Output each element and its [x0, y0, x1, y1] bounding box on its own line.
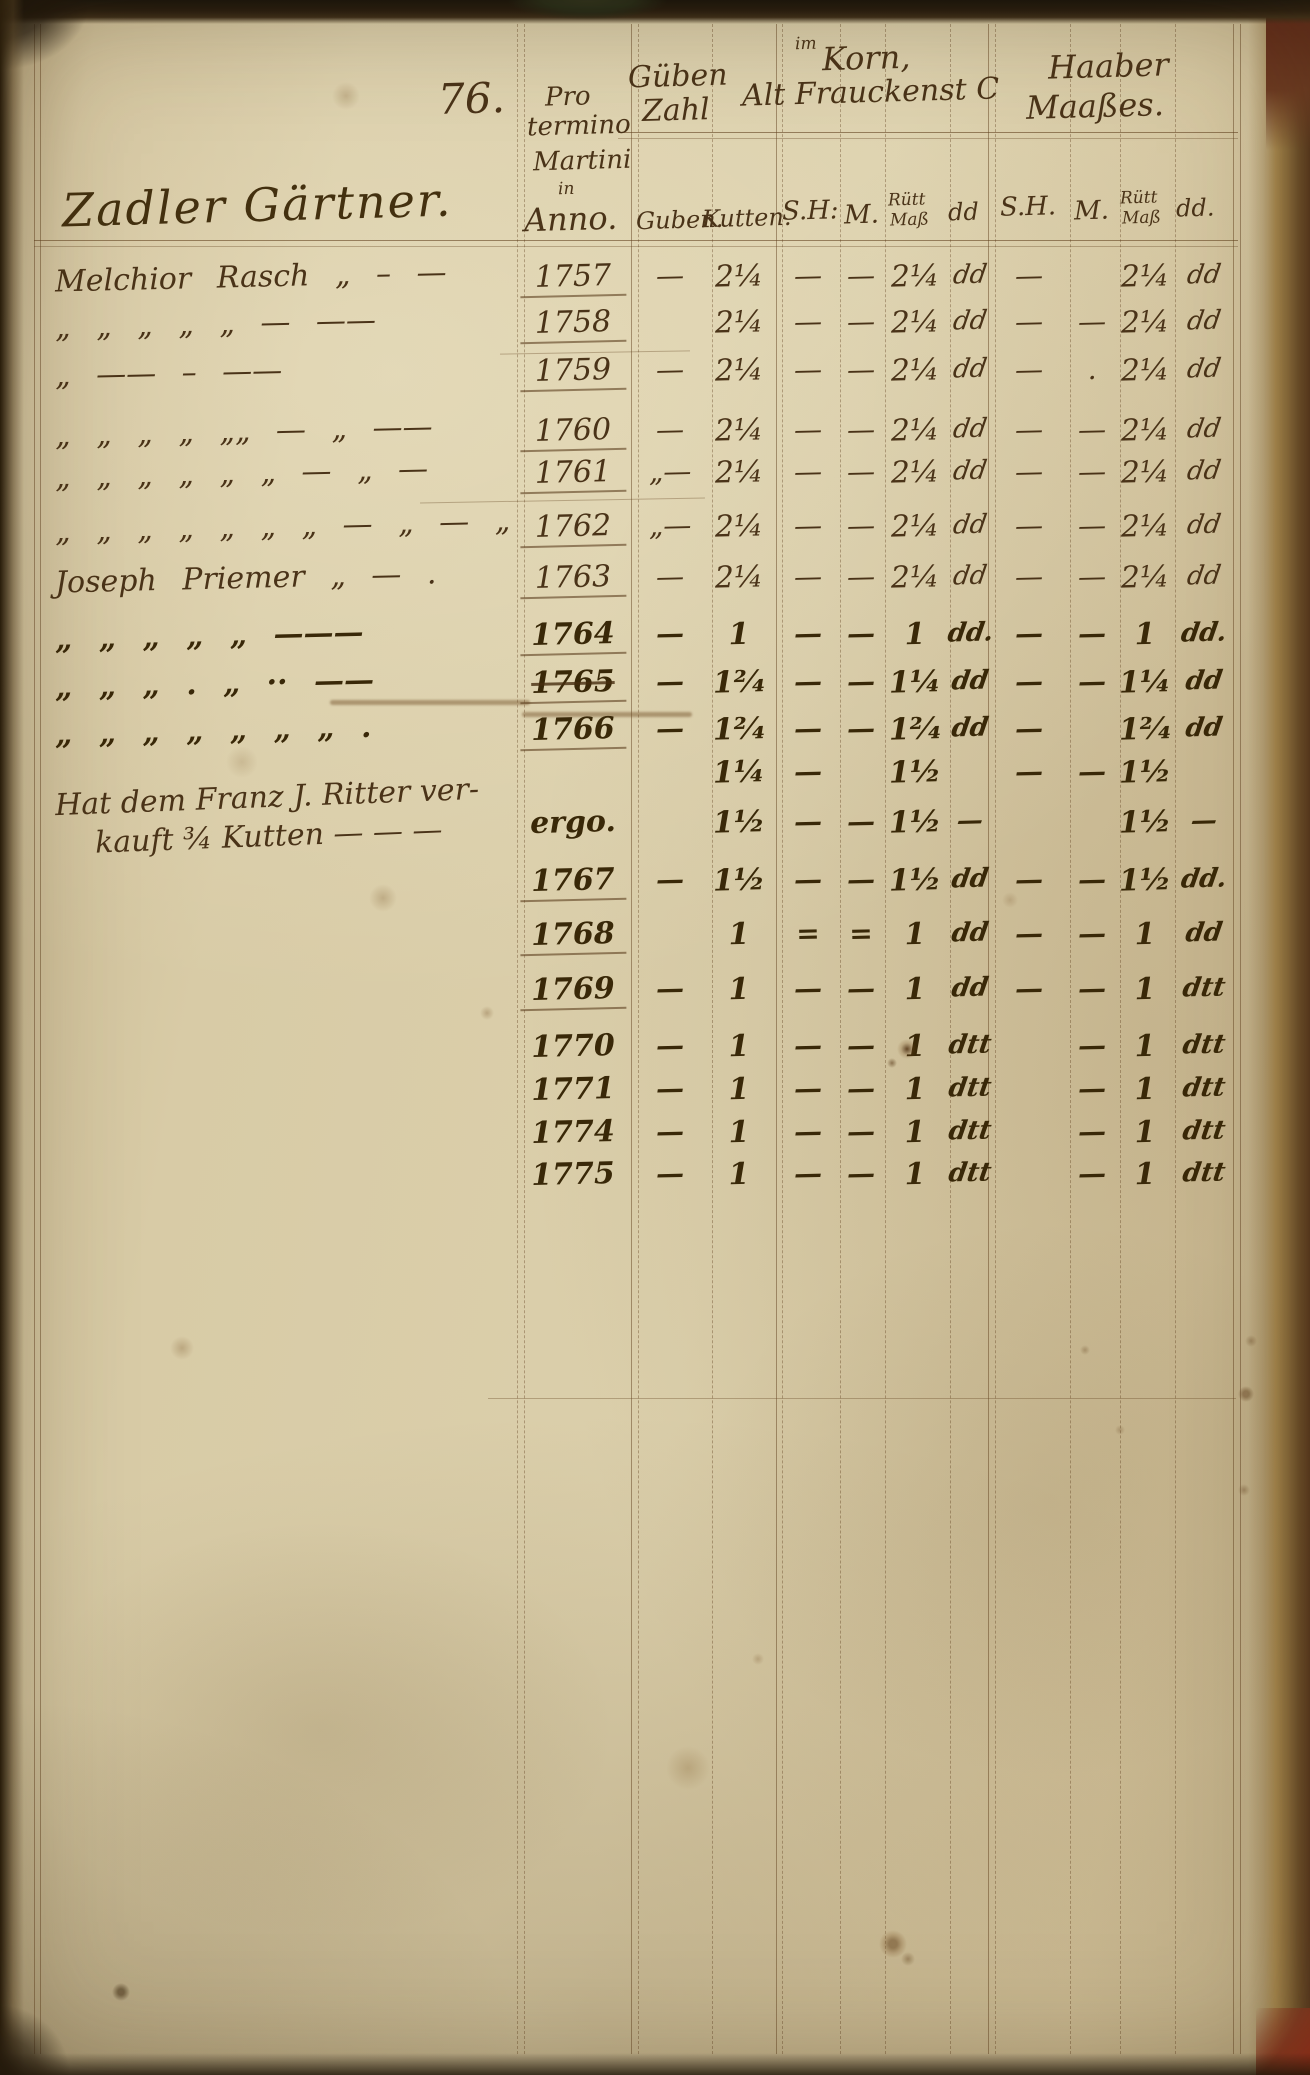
cell-korn-ruettmass: 2¼	[880, 261, 951, 293]
cell-korn-sh: —	[778, 807, 839, 836]
cell-gruben: —	[635, 619, 706, 649]
anno-col-label-pro: Pro	[545, 83, 591, 110]
cell-korn-ditto	[948, 757, 992, 758]
group-underline	[618, 132, 1238, 133]
cell-year	[520, 757, 626, 760]
table-row: 1767 — 1½ — — 1½ dd — — 1½ dd.	[0, 866, 1310, 906]
cell-year: 1757	[520, 261, 627, 299]
table-row: „ „ „ „ „ „ — „ — 1761 „— 2¼ — — 2¼ dd —…	[0, 458, 1310, 498]
cell-haber-m: —	[1066, 415, 1119, 444]
table-row: 1775 — 1 — — 1 dtt — 1 dtt	[0, 1160, 1310, 1200]
cell-korn-ruettmass: 1½	[880, 757, 951, 789]
page-title: Zadler Gärtner.	[61, 177, 453, 234]
faint-divider	[488, 1398, 1236, 1399]
table-row: „ „ „ „ „ „ „ . 1766 — 1²⁄₄ — — 1²⁄₄ dd …	[0, 715, 1310, 755]
subcol-header-kutten: Kutten.	[702, 205, 792, 231]
cell-name: „ —— – ——	[55, 350, 511, 391]
book-edge-bottom	[0, 2053, 1310, 2075]
cell-haber-sh	[990, 1159, 1068, 1161]
cell-haber-ruettmass: 2¼	[1114, 355, 1177, 387]
subcol-header-haber-sh: S.H.	[1000, 193, 1057, 221]
subcol-header-korn-sh: S.H:	[782, 197, 839, 225]
cell-haber-sh: —	[990, 919, 1069, 949]
cell-year: 1769	[520, 974, 627, 1012]
cell-korn-ruettmass: 1	[880, 919, 951, 951]
cell-haber-ruettmass: 1½	[1114, 865, 1177, 897]
cell-name: Joseph Priemer „ — .	[55, 557, 511, 598]
cell-haber-ditto: dd	[1172, 919, 1236, 947]
cell-gruben: —	[635, 1159, 706, 1189]
cell-haber-m: —	[1066, 619, 1119, 648]
cell-korn-sh: —	[778, 1074, 839, 1103]
cell-haber-sh: —	[990, 714, 1069, 744]
cell-korn-ditto: dd	[946, 457, 994, 484]
cell-kutten: 1	[703, 619, 776, 651]
table-row: „ —— – —— 1759 — 2¼ — — 2¼ dd — . 2¼ dd	[0, 356, 1310, 396]
cell-gruben: —	[635, 1117, 706, 1147]
cell-haber-ditto: dd	[1172, 667, 1236, 695]
cell-haber-m: —	[1066, 667, 1119, 696]
cell-name	[55, 969, 510, 980]
header-rule	[34, 240, 1238, 241]
cell-korn-sh: —	[778, 865, 839, 894]
cell-haber-ditto: dd	[1172, 261, 1236, 289]
cell-korn-m: —	[838, 974, 885, 1003]
cell-korn-m: —	[838, 307, 885, 336]
cell-korn-ditto: dtt	[946, 1074, 994, 1101]
anno-col-label-in: in	[558, 181, 575, 198]
anno-col-label-anno: Anno.	[524, 202, 618, 237]
table-row: 1770 — 1 — — 1 dtt — 1 dtt	[0, 1032, 1310, 1072]
cell-name	[55, 1026, 510, 1037]
cell-korn-ditto: dd	[946, 974, 994, 1001]
cell-year: 1761	[520, 457, 627, 495]
cell-haber-ruettmass: 1½	[1114, 807, 1177, 839]
cell-kutten: 2¼	[703, 562, 776, 594]
cell-year: 1759	[520, 355, 627, 393]
cell-kutten: 1½	[703, 807, 776, 839]
cell-korn-ruettmass: 2¼	[880, 511, 951, 543]
cell-korn-ditto: dd	[946, 307, 994, 334]
subcol-header-korn-m: M.	[844, 202, 880, 229]
cell-name	[55, 860, 510, 871]
cell-haber-sh: —	[990, 511, 1069, 541]
cell-korn-ruettmass: 1²⁄₄	[880, 714, 951, 746]
cell-haber-m	[1066, 807, 1118, 808]
cell-kutten: 1²⁄₄	[703, 667, 776, 699]
cell-kutten: 1	[703, 1031, 776, 1063]
table-row: „ „ „ „ „„ — „ —— 1760 — 2¼ — — 2¼ dd — …	[0, 416, 1310, 456]
cell-korn-ditto: dd	[946, 415, 994, 442]
cell-year: 1767	[520, 865, 627, 903]
cell-gruben: —	[635, 415, 706, 445]
cell-korn-ruettmass: 2¼	[880, 355, 951, 387]
cell-gruben	[635, 757, 705, 759]
cell-year: 1771	[520, 1074, 627, 1107]
cell-korn-ruettmass: 2¼	[880, 457, 951, 489]
leader-stroke	[420, 498, 705, 504]
cell-year: 1764	[520, 619, 627, 657]
cell-haber-ruettmass: 2¼	[1114, 511, 1177, 543]
table-row: „ „ „ „ „ ——— 1764 — 1 — — 1 dd. — — 1 d…	[0, 620, 1310, 660]
cell-haber-ruettmass: 2¼	[1114, 307, 1177, 339]
cell-gruben	[635, 919, 705, 921]
cell-kutten: 2¼	[703, 457, 776, 489]
cell-korn-sh: —	[778, 1117, 839, 1146]
table-row: 1771 — 1 — — 1 dtt — 1 dtt	[0, 1075, 1310, 1115]
cell-haber-ruettmass: 1½	[1114, 757, 1177, 789]
group-header-haber-bottom: Maaßes.	[1026, 88, 1165, 124]
group-header-gruben-bottom: Zahl	[642, 95, 710, 127]
group-header-korn-main: Korn,	[822, 41, 911, 75]
cell-haber-m: —	[1066, 307, 1119, 336]
cell-gruben: —	[635, 562, 706, 592]
table-row: 1¼ — 1½ — — 1½	[0, 758, 1310, 798]
cell-haber-sh: —	[990, 355, 1069, 385]
cell-kutten: 2¼	[703, 355, 776, 387]
table-row: „ „ „ „ „ „ „ — „ — „ 1762 „— 2¼ — — 2¼ …	[0, 512, 1310, 552]
cell-year: 1774	[520, 1117, 627, 1150]
cell-korn-m: —	[838, 807, 885, 836]
subcol-header-korn-rett1: Rütt	[888, 191, 926, 209]
cell-korn-sh: =	[778, 919, 839, 948]
cell-kutten: 1	[703, 1074, 776, 1106]
cell-kutten: 1	[703, 974, 776, 1006]
cell-haber-ruettmass: 1	[1114, 974, 1177, 1006]
cell-gruben: —	[635, 1031, 706, 1061]
cell-korn-m: —	[838, 1117, 885, 1146]
cell-gruben: —	[635, 261, 706, 291]
cell-korn-ditto: dd	[946, 511, 994, 538]
cell-haber-ditto: dtt	[1172, 1074, 1236, 1102]
cell-haber-m: —	[1066, 757, 1119, 786]
cell-korn-sh: —	[778, 511, 839, 540]
cell-korn-ditto: dd	[946, 355, 994, 382]
cell-haber-m: —	[1066, 1031, 1119, 1060]
cell-haber-ditto: dd	[1172, 355, 1236, 383]
cell-year: 1760	[520, 415, 627, 453]
cell-haber-ditto: dd.	[1172, 619, 1236, 647]
cell-korn-sh: —	[778, 457, 839, 486]
cell-haber-ditto	[1174, 757, 1234, 758]
cell-haber-ditto: dtt	[1172, 1117, 1236, 1145]
table-row: „ „ „ „ „ — —— 1758 2¼ — — 2¼ dd — — 2¼ …	[0, 308, 1310, 348]
cell-kutten: 2¼	[703, 415, 776, 447]
cell-year: 1768	[520, 919, 627, 957]
cell-korn-m: —	[838, 415, 885, 444]
anno-col-label-martini: Martini	[533, 147, 632, 176]
cell-haber-m: —	[1066, 1117, 1119, 1146]
cell-haber-sh: —	[990, 865, 1069, 895]
cell-kutten: 1	[703, 919, 776, 951]
cell-year: 1770	[520, 1031, 627, 1064]
cell-gruben	[635, 307, 705, 309]
cell-korn-sh: —	[778, 562, 839, 591]
cell-gruben: „—	[635, 457, 706, 487]
cell-haber-ruettmass: 1	[1114, 1074, 1177, 1106]
cell-korn-m: —	[838, 261, 885, 290]
cell-haber-sh	[990, 807, 1068, 809]
cell-haber-ditto: dtt	[1172, 1031, 1236, 1059]
table-row: Melchior Rasch „ – — 1757 — 2¼ — — 2¼ dd…	[0, 262, 1310, 302]
cell-haber-m	[1066, 714, 1118, 715]
cell-korn-ditto: dd	[946, 261, 994, 288]
table-row: ergo. 1½ — — 1½ — 1½ —	[0, 808, 1310, 848]
subcol-header-korn-dd: dd	[948, 200, 979, 225]
cell-gruben: —	[635, 865, 706, 895]
cell-name: „ „ „ „ „ ———	[55, 614, 511, 655]
cell-haber-ruettmass: 2¼	[1114, 415, 1177, 447]
cell-korn-ruettmass: 2¼	[880, 562, 951, 594]
page-curl-edge	[1248, 0, 1310, 2075]
cell-year: 1775	[520, 1159, 627, 1192]
cell-haber-m: —	[1066, 865, 1119, 894]
cell-haber-m: .	[1066, 355, 1119, 384]
cell-korn-ditto: dtt	[946, 1117, 994, 1144]
cell-korn-sh: —	[778, 619, 839, 648]
cell-haber-ditto: dd	[1172, 307, 1236, 335]
cell-kutten: 1²⁄₄	[703, 714, 776, 746]
cell-korn-ruettmass: 2¼	[880, 415, 951, 447]
cell-year: 1758	[520, 307, 627, 345]
cell-name: „ „ „ „ „ „ „ .	[55, 709, 511, 750]
page-number: 76.	[437, 77, 505, 121]
subcol-header-haber-rett1: Rütt	[1120, 189, 1158, 207]
cell-year: 1766	[520, 714, 627, 752]
cell-haber-sh: —	[990, 562, 1069, 592]
cell-haber-m: —	[1066, 511, 1119, 540]
cell-kutten: 1¼	[703, 757, 776, 789]
cell-haber-ditto: dd	[1172, 511, 1236, 539]
cell-gruben: —	[635, 714, 706, 744]
cell-name	[55, 914, 510, 925]
cell-korn-sh: —	[778, 307, 839, 336]
cell-kutten: 2¼	[703, 261, 776, 293]
cell-name: „ „ „ „ „ — ——	[55, 302, 511, 343]
cell-gruben: —	[635, 1074, 706, 1104]
cell-haber-sh: —	[990, 415, 1069, 445]
book-spine-patch	[505, 0, 670, 26]
cell-name: Melchior Rasch „ – —	[55, 256, 511, 297]
cell-haber-ditto: —	[1172, 807, 1236, 835]
cell-haber-sh: —	[990, 619, 1069, 649]
cell-korn-m: —	[838, 714, 885, 743]
cell-haber-ruettmass: 1	[1114, 1159, 1177, 1191]
cell-korn-m: —	[838, 865, 885, 894]
cell-haber-m: —	[1066, 1159, 1119, 1188]
cell-korn-ditto: dd.	[946, 619, 994, 646]
cell-gruben: —	[635, 667, 706, 697]
cell-gruben: —	[635, 974, 706, 1004]
cell-gruben: —	[635, 355, 706, 385]
cell-korn-ditto: dd	[946, 667, 994, 694]
cell-korn-m: —	[838, 667, 885, 696]
table-row: 1769 — 1 — — 1 dd — — 1 dtt	[0, 975, 1310, 1015]
cell-kutten: 2¼	[703, 307, 776, 339]
cell-haber-ditto: dtt	[1172, 1159, 1236, 1187]
cell-haber-sh	[990, 1031, 1068, 1033]
cell-haber-ruettmass: 1	[1114, 1117, 1177, 1149]
cell-korn-sh: —	[778, 714, 839, 743]
cell-korn-ditto: dd	[946, 919, 994, 946]
cell-korn-sh: —	[778, 1159, 839, 1188]
cell-korn-m: —	[838, 1031, 885, 1060]
group-header-korn-sub: Alt Frauckenst C	[742, 74, 1000, 111]
cell-haber-m: —	[1066, 562, 1119, 591]
cell-korn-m: —	[838, 562, 885, 591]
cell-name: „ „ „ „ „ „ „ — „ — „	[55, 506, 511, 547]
cell-haber-ditto: dd	[1172, 415, 1236, 443]
book-gutter-edge	[0, 0, 24, 2075]
cell-haber-sh	[990, 1117, 1068, 1119]
table-row: 1774 — 1 — — 1 dtt — 1 dtt	[0, 1118, 1310, 1158]
cell-korn-m: —	[838, 1159, 885, 1188]
cell-haber-m: —	[1066, 919, 1119, 948]
cell-haber-sh: —	[990, 667, 1069, 697]
cell-haber-sh: —	[990, 307, 1069, 337]
cell-kutten: 1	[703, 1117, 776, 1149]
cell-korn-sh: —	[778, 261, 839, 290]
ledger-page: 76. Zadler Gärtner. Pro termino Martini …	[0, 0, 1310, 2075]
cell-haber-sh	[990, 1074, 1068, 1076]
subcol-header-haber-dd: dd.	[1176, 195, 1215, 220]
cell-haber-sh: —	[990, 261, 1069, 291]
cell-korn-ruettmass: 1½	[880, 865, 951, 897]
cell-year: ergo.	[520, 807, 627, 840]
cell-haber-m	[1066, 261, 1118, 262]
cell-kutten: 1	[703, 1159, 776, 1191]
group-header-korn-super: im	[795, 36, 817, 54]
cell-korn-sh: —	[778, 415, 839, 444]
cell-korn-ruettmass: 1	[880, 1159, 951, 1191]
cell-name: „ „ „ . „ ·· ——	[55, 662, 511, 703]
cell-korn-ruettmass: 1	[880, 1031, 951, 1063]
cell-haber-ditto: dd	[1172, 714, 1236, 742]
cell-korn-sh: —	[778, 1031, 839, 1060]
cell-korn-ruettmass: 1	[880, 974, 951, 1006]
cell-korn-m: —	[838, 511, 885, 540]
anno-col-label-termino: termino	[527, 112, 631, 141]
cell-haber-ditto: dd	[1172, 562, 1236, 590]
cell-korn-ditto: dd	[946, 562, 994, 589]
book-corner-bottom-left	[0, 1995, 75, 2075]
cell-korn-m: =	[838, 919, 885, 948]
cell-name: „ „ „ „ „ „ — „ —	[55, 452, 511, 493]
cell-haber-sh: —	[990, 974, 1069, 1004]
cell-korn-m: —	[838, 1074, 885, 1103]
cell-korn-sh: —	[778, 667, 839, 696]
subcol-header-haber-m: M.	[1074, 198, 1110, 225]
cell-year: 1762	[520, 511, 627, 549]
cell-haber-m: —	[1066, 1074, 1119, 1103]
cell-gruben: „—	[635, 511, 706, 541]
subcol-header-korn-rett2: Maß	[890, 211, 929, 229]
cell-kutten: 2¼	[703, 511, 776, 543]
cell-haber-ruettmass: 2¼	[1114, 562, 1177, 594]
group-underline	[618, 138, 1238, 139]
cell-korn-ruettmass: 1	[880, 1074, 951, 1106]
cell-year: 1765	[520, 667, 627, 705]
cell-korn-ditto: dd	[946, 714, 994, 741]
cell-korn-ruettmass: 1½	[880, 807, 951, 839]
header-rule	[34, 246, 1238, 247]
cell-korn-ditto: dtt	[946, 1159, 994, 1186]
cell-haber-m: —	[1066, 974, 1119, 1003]
cell-haber-m: —	[1066, 457, 1119, 486]
cell-name: „ „ „ „ „„ — „ ——	[55, 410, 511, 451]
cell-korn-ruettmass: 1	[880, 1117, 951, 1149]
cell-korn-m	[838, 757, 884, 758]
cell-gruben	[635, 807, 705, 809]
table-row: „ „ „ . „ ·· —— 1765 — 1²⁄₄ — — 1¼ dd — …	[0, 668, 1310, 708]
cell-korn-sh: —	[778, 757, 839, 786]
cell-korn-ruettmass: 2¼	[880, 307, 951, 339]
cell-korn-sh: —	[778, 974, 839, 1003]
table-row: Joseph Priemer „ — . 1763 — 2¼ — — 2¼ dd…	[0, 563, 1310, 603]
cell-korn-ditto: dtt	[946, 1031, 994, 1058]
cell-haber-ruettmass: 1¼	[1114, 667, 1177, 699]
cell-haber-ruettmass: 2¼	[1114, 457, 1177, 489]
cell-korn-ruettmass: 1¼	[880, 667, 951, 699]
cell-haber-ditto: dtt	[1172, 974, 1236, 1002]
table-row: 1768 1 = = 1 dd — — 1 dd	[0, 920, 1310, 960]
group-header-haber-top: Haaber	[1048, 48, 1170, 83]
cell-haber-sh: —	[990, 457, 1069, 487]
cell-korn-m: —	[838, 619, 885, 648]
group-header-gruben-top: Güben	[628, 61, 728, 94]
cell-korn-m: —	[838, 355, 885, 384]
cell-kutten: 1½	[703, 865, 776, 897]
cell-korn-ditto: dd	[946, 865, 994, 892]
cell-korn-sh: —	[778, 355, 839, 384]
cell-haber-ruettmass: 1	[1114, 619, 1177, 651]
cell-haber-ditto: dd.	[1172, 865, 1236, 893]
subcol-header-haber-rett2: Maß	[1122, 209, 1161, 227]
cell-korn-m: —	[838, 457, 885, 486]
cell-haber-ruettmass: 1	[1114, 919, 1177, 951]
cell-haber-sh: —	[990, 757, 1069, 787]
cell-korn-ditto: —	[946, 807, 994, 834]
cell-korn-ruettmass: 1	[880, 619, 951, 651]
cell-haber-ruettmass: 1	[1114, 1031, 1177, 1063]
cell-haber-ditto: dd	[1172, 457, 1236, 485]
cell-haber-ruettmass: 2¼	[1114, 261, 1177, 293]
cell-year: 1763	[520, 562, 627, 600]
cell-haber-ruettmass: 1²⁄₄	[1114, 714, 1177, 746]
